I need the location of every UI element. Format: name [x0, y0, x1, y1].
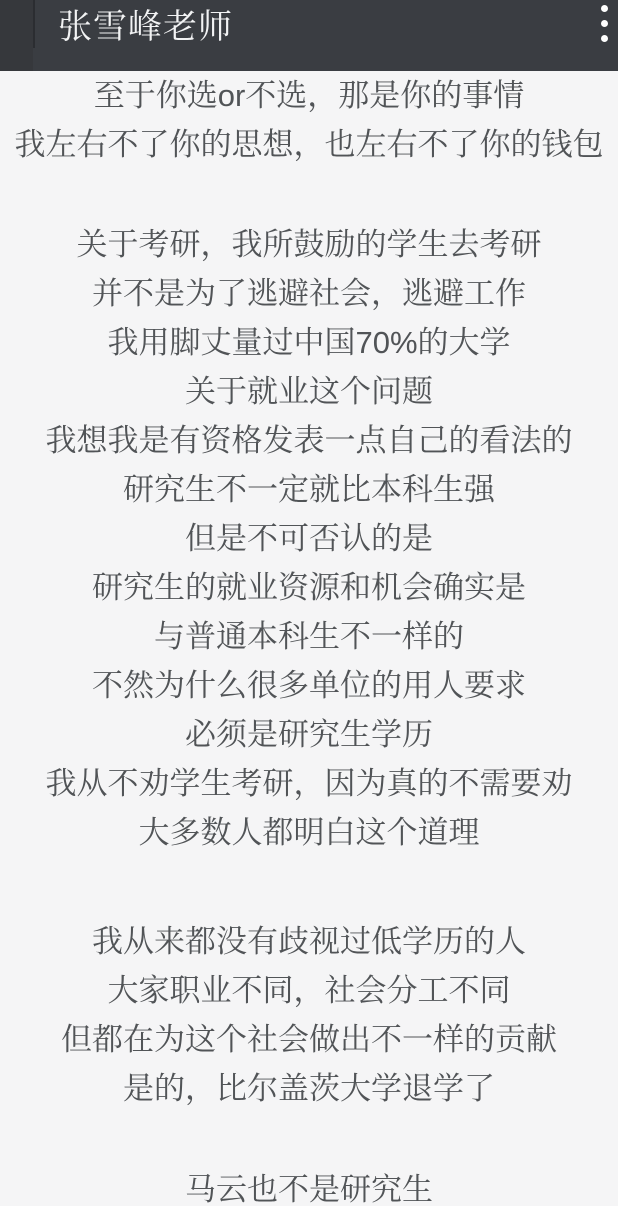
text-line: 我用脚丈量过中国70%的大学	[0, 318, 618, 367]
text-line: 我想我是有资格发表一点自己的看法的	[0, 416, 618, 465]
text-line: 并不是为了逃避社会，逃避工作	[0, 269, 618, 318]
text-line: 研究生的就业资源和机会确实是	[0, 563, 618, 612]
app-window: 张雪峰老师 至于你选or不选，那是你的事情我左右不了你的思想，也左右不了你的钱包…	[0, 0, 618, 1206]
text-line: 我从不劝学生考研，因为真的不需要劝	[0, 759, 618, 808]
text-line: 与普通本科生不一样的	[0, 612, 618, 661]
header-divider	[33, 0, 35, 48]
page-title: 张雪峰老师	[58, 5, 233, 49]
text-line: 研究生不一定就比本科生强	[0, 465, 618, 514]
text-line: 我左右不了你的思想，也左右不了你的钱包	[0, 120, 618, 169]
text-line: 必须是研究生学历	[0, 710, 618, 759]
text-line: 但是不可否认的是	[0, 514, 618, 563]
message-text-area[interactable]: 至于你选or不选，那是你的事情我左右不了你的思想，也左右不了你的钱包关于考研，我…	[0, 71, 618, 1206]
text-line: 我从来都没有歧视过低学历的人	[0, 917, 618, 966]
text-line: 大多数人都明白这个道理	[0, 808, 618, 857]
paragraph: 关于考研，我所鼓励的学生去考研并不是为了逃避社会，逃避工作我用脚丈量过中国70%…	[0, 220, 618, 857]
text-line: 至于你选or不选，那是你的事情	[0, 71, 618, 120]
text-line: 大家职业不同，社会分工不同	[0, 966, 618, 1015]
kebab-vertical-icon	[601, 5, 608, 50]
header-left-inset	[0, 0, 33, 71]
text-line: 不然为什么很多单位的用人要求	[0, 661, 618, 710]
paragraph: 至于你选or不选，那是你的事情我左右不了你的思想，也左右不了你的钱包	[0, 71, 618, 169]
text-line: 马云也不是研究生	[0, 1165, 618, 1206]
text-line: 但都在为这个社会做出不一样的贡献	[0, 1015, 618, 1064]
text-line: 是的，比尔盖茨大学退学了	[0, 1064, 618, 1113]
text-line: 关于考研，我所鼓励的学生去考研	[0, 220, 618, 269]
more-options-button[interactable]	[590, 0, 618, 52]
text-line: 关于就业这个问题	[0, 367, 618, 416]
paragraph: 我从来都没有歧视过低学历的人大家职业不同，社会分工不同但都在为这个社会做出不一样…	[0, 917, 618, 1113]
paragraph: 马云也不是研究生	[0, 1165, 618, 1206]
title-bar: 张雪峰老师	[0, 0, 618, 71]
